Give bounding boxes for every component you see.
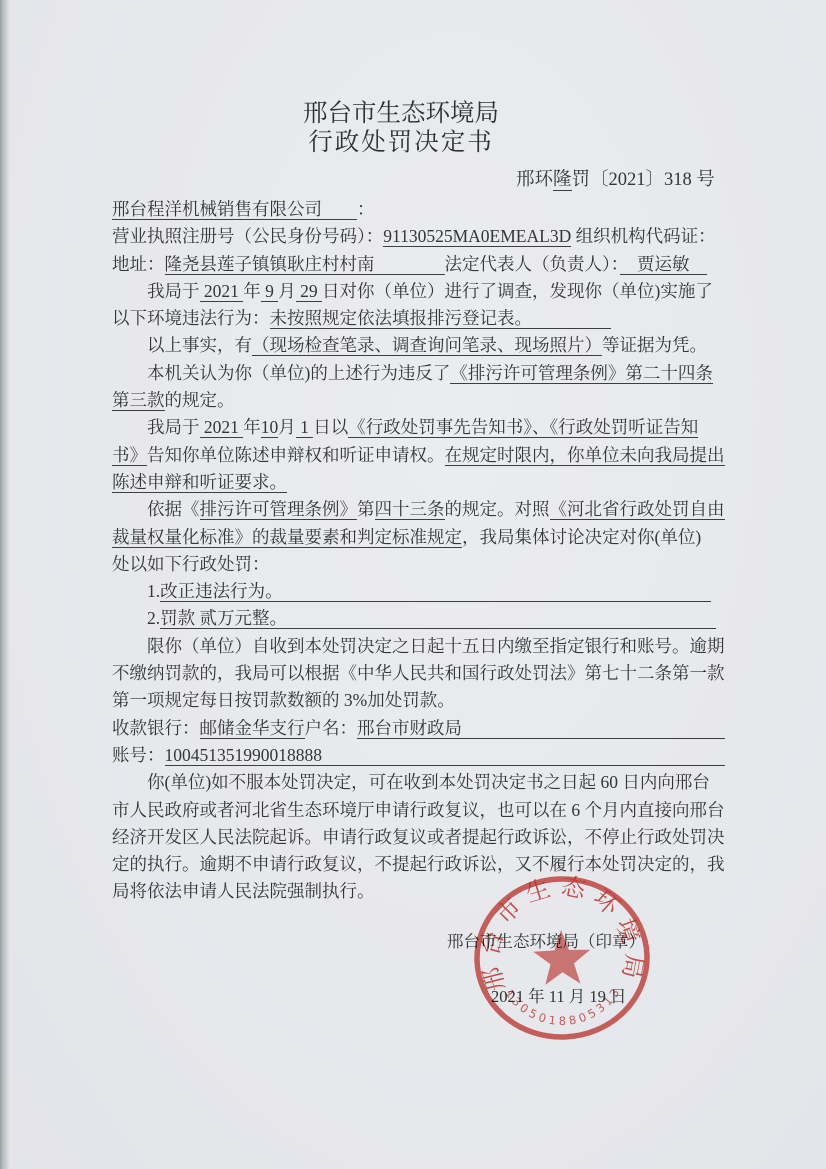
body-text: 组织机构代码证： <box>571 226 715 246</box>
body-text: 第 <box>357 499 375 519</box>
body-text: 不缴纳罚款的，我局可以根据《中华人民共和国行政处罚法》第七十二条第一款 <box>112 663 725 683</box>
body-text: 市人民政府或者河北省生态环境厅申请行政复议，也可以在 6 个月内直接向邢台 <box>112 800 725 820</box>
body-line: 第三款的规定。 <box>112 387 724 414</box>
underlined-field: 第三款 <box>112 390 165 411</box>
body-text: ，我局集体讨论决定对你(单位) <box>462 527 701 547</box>
seal-star-icon <box>533 929 592 985</box>
body-line: 依据《排污许可管理条例》第四十三条的规定。对照《河北省行政处罚自由 <box>112 496 724 523</box>
body-line: 处以如下行政处罚： <box>112 551 724 578</box>
body-line: 限你（单位）自收到本处罚决定之日起十五日内缴至指定银行和账号。逾期 <box>112 633 724 660</box>
body-text: 法定代表人（负责人）： <box>445 254 620 274</box>
doc-number-prefix: 邢环 <box>516 170 553 190</box>
body-text: 日以 <box>313 417 348 437</box>
official-red-seal: 邢台市生态环境局 1305018805313 <box>446 842 678 1074</box>
underlined-field: 邢台程洋机械销售有限公司 <box>112 199 357 220</box>
underlined-field: 《行政处罚事先告知书》、《行政处罚听证告知 <box>348 417 698 438</box>
body-text: 本机关认为你（单位)的上述行为违反了 <box>112 363 450 383</box>
document-number: 邢环隆罚〔2021〕318 号 <box>516 165 715 191</box>
body-line: 第一项规定每日按罚款数额的 3%加处罚款。 <box>112 687 724 714</box>
body-text: 第一项规定每日按罚款数额的 3%加处罚款。 <box>112 690 455 710</box>
underlined-field: 改正违法行为。 <box>160 581 711 602</box>
body-text: 以下环境违法行为： <box>112 308 270 328</box>
scanned-document-page: 邢台市生态环境局 行政处罚决定书 邢环隆罚〔2021〕318 号 邢台程洋机械销… <box>0 0 826 1169</box>
underlined-field: 《河北省行政处罚自由 <box>550 499 725 520</box>
body-text: 1. <box>112 581 160 601</box>
body-text: 年 <box>243 417 261 437</box>
body-lines: 邢台程洋机械销售有限公司 ：营业执照注册号（公民身份号码）：91130525MA… <box>112 196 724 906</box>
body-text: 我局于 <box>112 281 200 301</box>
body-line: 不缴纳罚款的，我局可以根据《中华人民共和国行政处罚法》第七十二条第一款 <box>112 660 724 687</box>
body-line: 营业执照注册号（公民身份号码）：91130525MA0EMEAL3D 组织机构代… <box>112 223 724 250</box>
underlined-field: 1 <box>296 417 314 438</box>
body-line: 以下环境违法行为：未按照规定依法填报排污登记表。 <box>112 305 724 332</box>
underlined-field: 在规定时限内，你单位未向我局提出 <box>445 445 725 466</box>
body-text: 年 <box>243 281 261 301</box>
doc-number-underlined-char: 隆 <box>553 170 572 191</box>
underlined-field: 29 <box>296 281 322 302</box>
body-line: 我局于 2021 年 9 月 29 日对你（单位）进行了调查，发现你（单位)实施… <box>112 278 724 305</box>
body-text: 的规定。对照 <box>445 499 550 519</box>
body-line: 账号：100451351990018888 <box>112 742 724 769</box>
underlined-field: 罚款 贰万元整。 <box>160 608 716 629</box>
body-text: 收款银行： <box>112 718 200 738</box>
underlined-field: 陈述申辩和听证要求。 <box>112 472 287 493</box>
body-text: 月 <box>278 281 296 301</box>
underlined-field: 邮储金华支行 <box>200 718 305 739</box>
underlined-field: 邢台市财政局 <box>357 718 725 739</box>
underlined-field: 裁量权量化标准》的裁量要素和判定标准规定 <box>112 527 462 548</box>
body-text: 处以如下行政处罚： <box>112 554 270 574</box>
body-line: 裁量权量化标准》的裁量要素和判定标准规定，我局集体讨论决定对你(单位) <box>112 524 724 551</box>
body-text: 账号： <box>112 745 165 765</box>
body-text: 的规定。 <box>165 390 235 410</box>
body-line: 地址：隆尧县莲子镇镇耿庄村村南 法定代表人（负责人）： 贾运敏 <box>112 251 724 278</box>
body-text: 局将依法申请人民法院强制执行。 <box>112 881 375 901</box>
body-text: 以上事实，有 <box>112 335 252 355</box>
underlined-field: 隆尧县莲子镇镇耿庄村村南 <box>165 254 445 275</box>
underlined-field: 未按照规定依法填报排污登记表。 <box>270 308 611 329</box>
underlined-field: 书》 <box>112 445 147 466</box>
body-line: 1.改正违法行为。 <box>112 578 724 605</box>
body-line: 以上事实，有（现场检查笔录、调查询问笔录、现场照片）等证据为凭。 <box>112 332 724 359</box>
underlined-field: 2021 <box>200 417 244 438</box>
body-line: 本机关认为你（单位)的上述行为违反了《排污许可管理条例》第二十四条 <box>112 360 724 387</box>
body-text: 我局于 <box>112 417 200 437</box>
body-text: 营业执照注册号（公民身份号码）： <box>112 226 383 246</box>
underlined-field: 排污许可管理条例》 <box>200 499 358 520</box>
body-line: 陈述申辩和听证要求。 <box>112 469 724 496</box>
body-text: 户名： <box>305 718 358 738</box>
body-text: 月 <box>278 417 296 437</box>
body-text: ： <box>357 199 375 219</box>
body-text: 告知你单位陈述申辩权和听证申请权。 <box>147 445 445 465</box>
body-line: 你(单位)如不服本处罚决定，可在收到本处罚决定书之日起 60 日内向邢台 <box>112 769 724 796</box>
body-text: 依据《 <box>112 499 200 519</box>
underlined-field: 四十三条 <box>375 499 445 520</box>
document-title: 邢台市生态环境局 行政处罚决定书 <box>0 99 814 157</box>
body-line: 收款银行：邮储金华支行户名：邢台市财政局 <box>112 715 724 742</box>
body-line: 书》告知你单位陈述申辩权和听证申请权。在规定时限内，你单位未向我局提出 <box>112 442 724 469</box>
body-text: 等证据为凭。 <box>602 335 707 355</box>
title-line-2: 行政处罚决定书 <box>0 128 814 157</box>
body-text: 你(单位)如不服本处罚决定，可在收到本处罚决定书之日起 60 日内向邢台 <box>112 772 710 792</box>
body-text: 地址： <box>112 254 165 274</box>
doc-number-suffix: 罚〔2021〕318 号 <box>572 170 715 190</box>
body-line: 市人民政府或者河北省生态环境厅申请行政复议，也可以在 6 个月内直接向邢台 <box>112 797 724 824</box>
underlined-field: 10 <box>261 417 279 438</box>
underlined-field: 100451351990018888 <box>165 745 725 766</box>
underlined-field: （现场检查笔录、调查询问笔录、现场照片） <box>252 335 602 356</box>
body-line: 我局于 2021 年10月 1 日以《行政处罚事先告知书》、《行政处罚听证告知 <box>112 414 724 441</box>
underlined-field: 2021 <box>200 281 244 302</box>
body-line: 2.罚款 贰万元整。 <box>112 605 724 632</box>
underlined-field: 91130525MA0EMEAL3D <box>383 226 571 247</box>
body-line: 邢台程洋机械销售有限公司 ： <box>112 196 724 223</box>
underlined-field: 9 <box>261 281 279 302</box>
body-text: 限你（单位）自收到本处罚决定之日起十五日内缴至指定银行和账号。逾期 <box>112 636 725 656</box>
underlined-field: 《排污许可管理条例》第二十四条 <box>450 363 713 384</box>
title-line-1: 邢台市生态环境局 <box>0 99 814 128</box>
body-text: 日对你（单位）进行了调查，发现你（单位)实施了 <box>322 281 713 301</box>
underlined-field: 贾运敏 <box>620 254 708 275</box>
body-text: 2. <box>112 608 160 628</box>
